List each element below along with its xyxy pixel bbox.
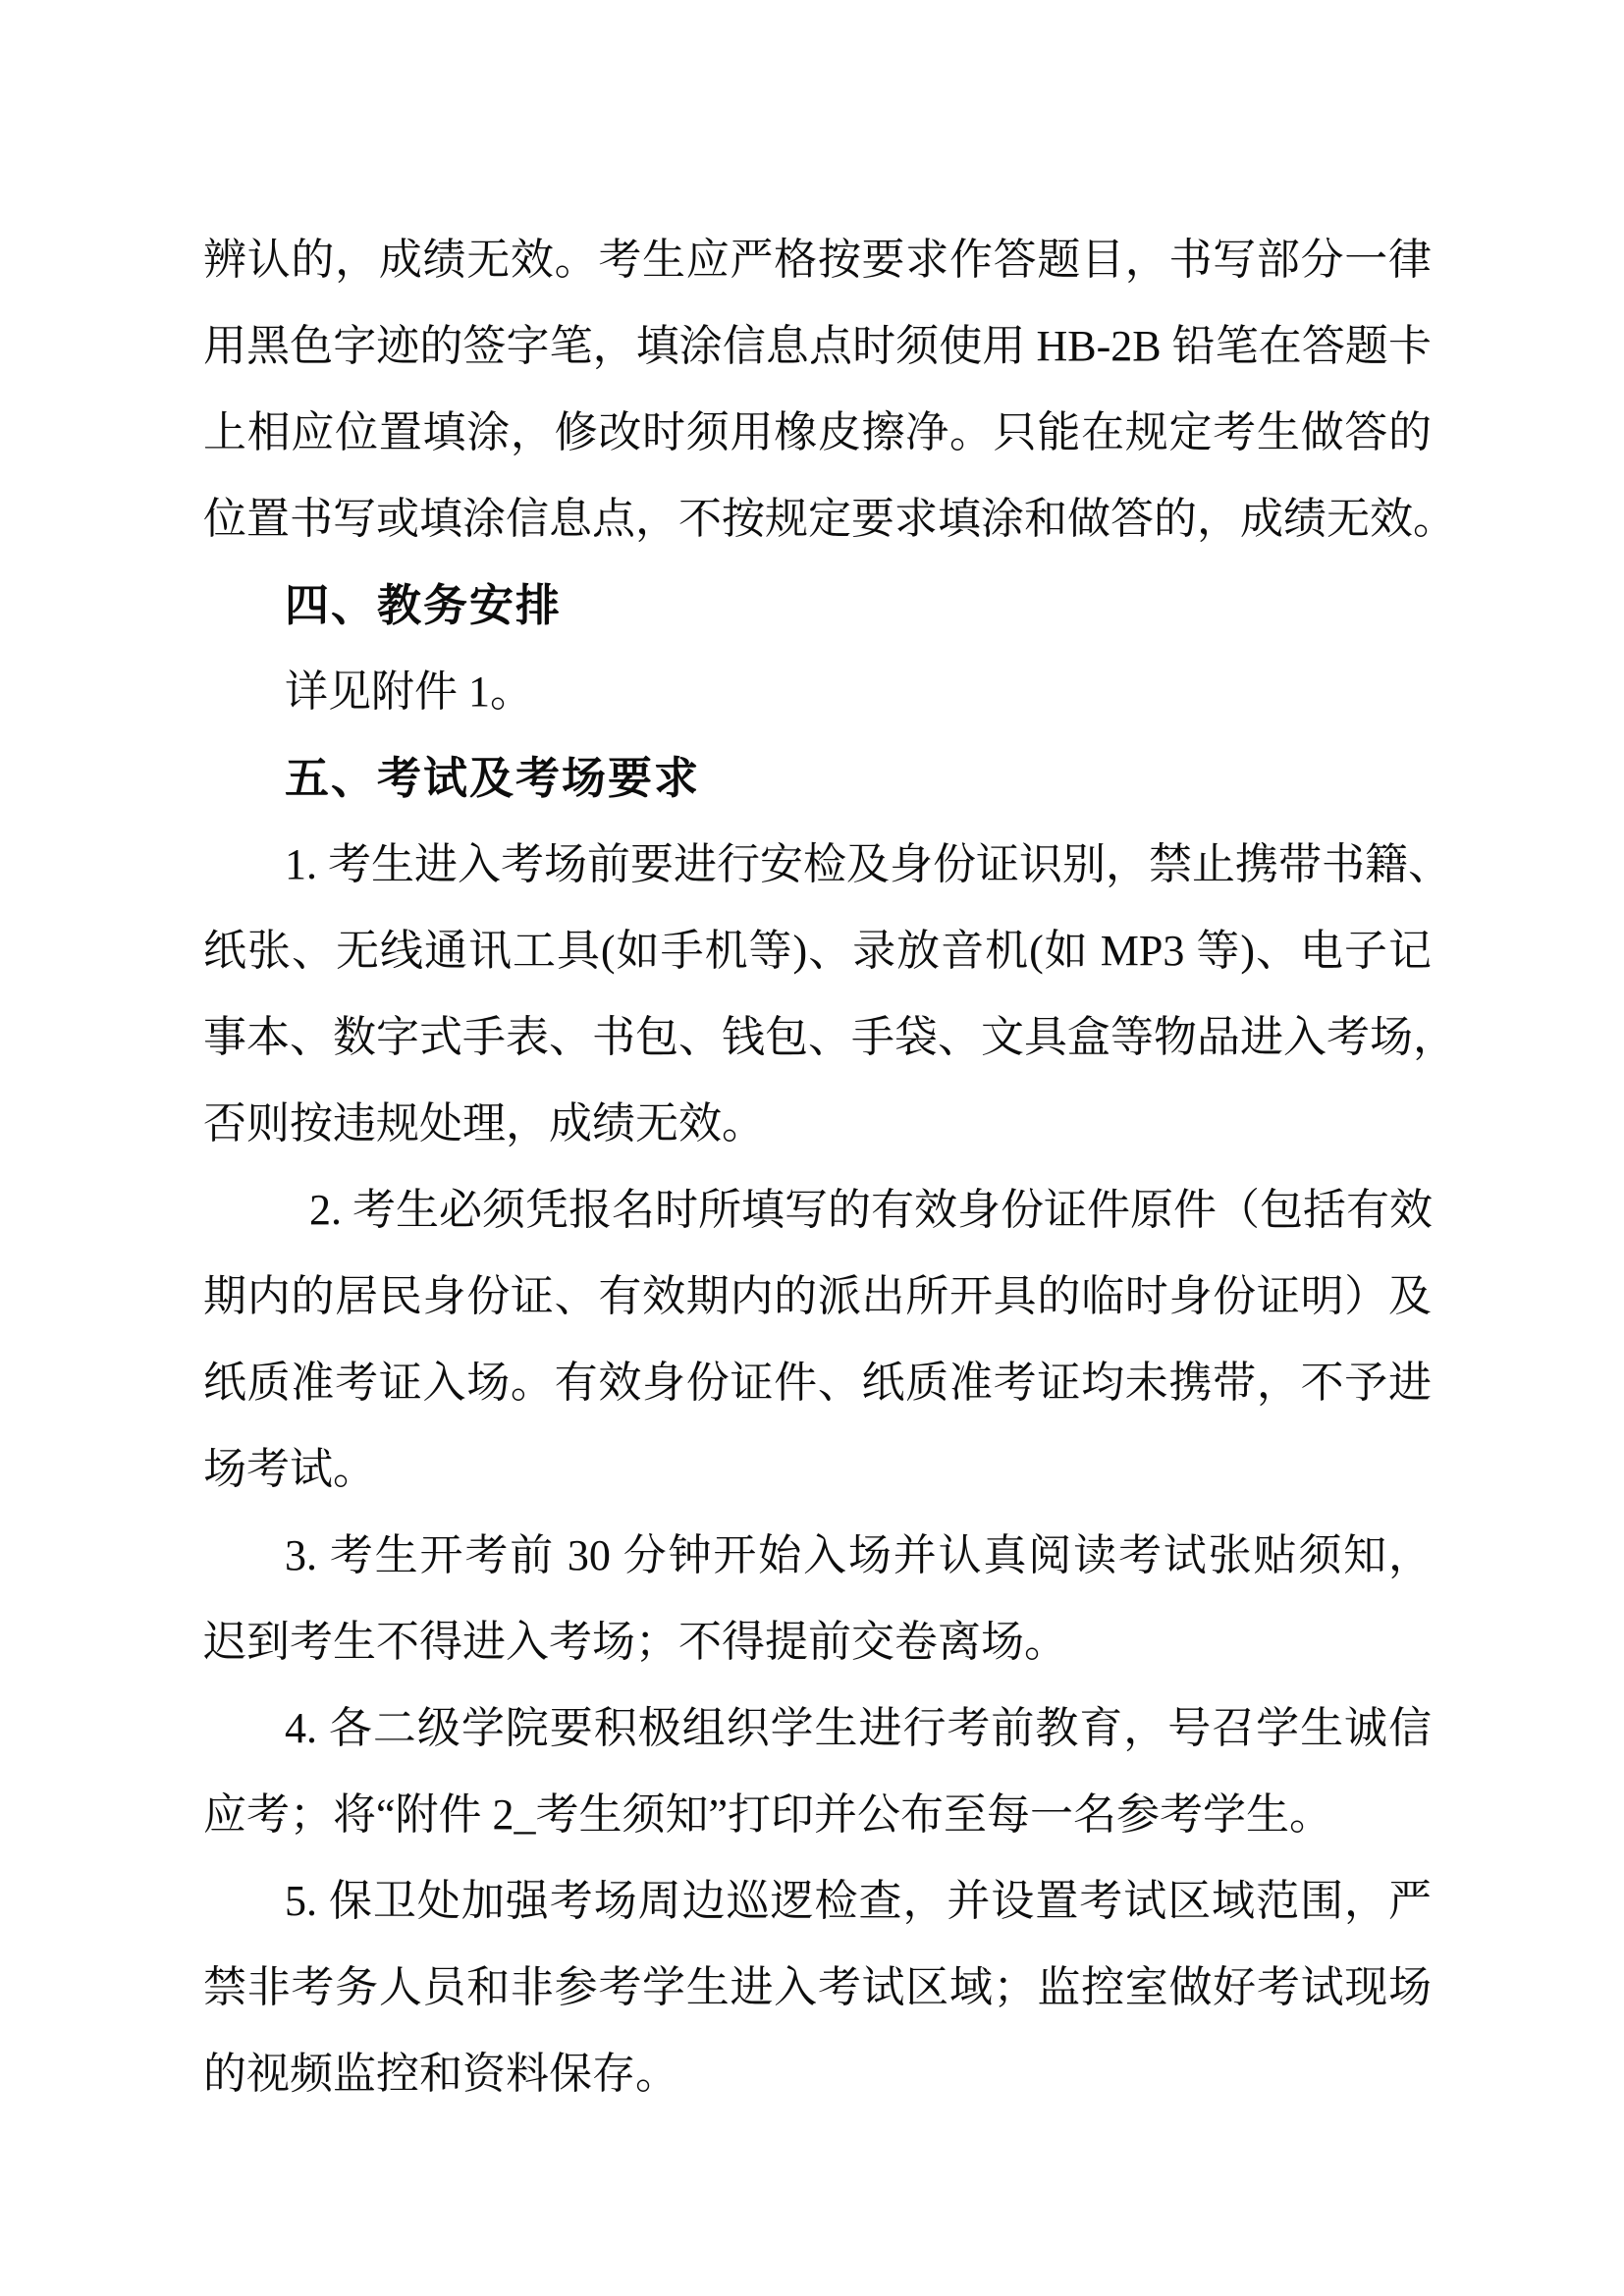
paragraph-line: 位置书写或填涂信息点，不按规定要求填涂和做答的，成绩无效。 bbox=[203, 476, 1432, 562]
paragraph-line: 应考；将“附件 2_考生须知”打印并公布至每一名参考学生。 bbox=[203, 1772, 1432, 1858]
document-page: 辨认的，成绩无效。考生应严格按要求作答题目，书写部分一律用黑色字迹的签字笔，填涂… bbox=[0, 0, 1624, 2296]
paragraph-line: 纸质准考证入场。有效身份证件、纸质准考证均未携带，不予进 bbox=[203, 1340, 1432, 1426]
paragraph-line: 的视频监控和资料保存。 bbox=[203, 2031, 1432, 2117]
paragraph-line: 纸张、无线通讯工具(如手机等)、录放音机(如 MP3 等)、电子记 bbox=[203, 908, 1432, 994]
paragraph-line: 用黑色字迹的签字笔，填涂信息点时须使用 HB-2B 铅笔在答题卡 bbox=[203, 303, 1432, 390]
paragraph-line: 4. 各二级学院要积极组织学生进行考前教育，号召学生诚信 bbox=[203, 1685, 1432, 1772]
paragraph-line: 迟到考生不得进入考场；不得提前交卷离场。 bbox=[203, 1599, 1432, 1685]
paragraph-line: 期内的居民身份证、有效期内的派出所开具的临时身份证明）及 bbox=[203, 1254, 1432, 1340]
paragraph-line: 禁非考务人员和非参考学生进入考试区域；监控室做好考试现场 bbox=[203, 1945, 1432, 2031]
paragraph-line: 否则按违规处理，成绩无效。 bbox=[203, 1081, 1432, 1167]
document-body: 辨认的，成绩无效。考生应严格按要求作答题目，书写部分一律用黑色字迹的签字笔，填涂… bbox=[203, 217, 1432, 2117]
paragraph-line: 事本、数字式手表、书包、钱包、手袋、文具盒等物品进入考场， bbox=[203, 994, 1432, 1081]
paragraph-line: 上相应位置填涂，修改时须用橡皮擦净。只能在规定考生做答的 bbox=[203, 390, 1432, 476]
paragraph-line: 2. 考生必须凭报名时所填写的有效身份证件原件（包括有效 bbox=[203, 1167, 1432, 1254]
paragraph-line: 3. 考生开考前 30 分钟开始入场并认真阅读考试张贴须知， bbox=[203, 1513, 1432, 1599]
section-heading: 四、教务安排 bbox=[285, 562, 1432, 649]
page-content: 辨认的，成绩无效。考生应严格按要求作答题目，书写部分一律用黑色字迹的签字笔，填涂… bbox=[0, 0, 1624, 2296]
paragraph-line: 场考试。 bbox=[203, 1426, 1432, 1513]
paragraph-line: 1. 考生进入考场前要进行安检及身份证识别，禁止携带书籍、 bbox=[203, 822, 1432, 908]
section-heading: 五、考试及考场要求 bbox=[285, 735, 1432, 822]
paragraph-line: 辨认的，成绩无效。考生应严格按要求作答题目，书写部分一律 bbox=[203, 217, 1432, 303]
paragraph-line: 5. 保卫处加强考场周边巡逻检查，并设置考试区域范围，严 bbox=[203, 1858, 1432, 1945]
paragraph-line: 详见附件 1。 bbox=[203, 649, 1432, 735]
